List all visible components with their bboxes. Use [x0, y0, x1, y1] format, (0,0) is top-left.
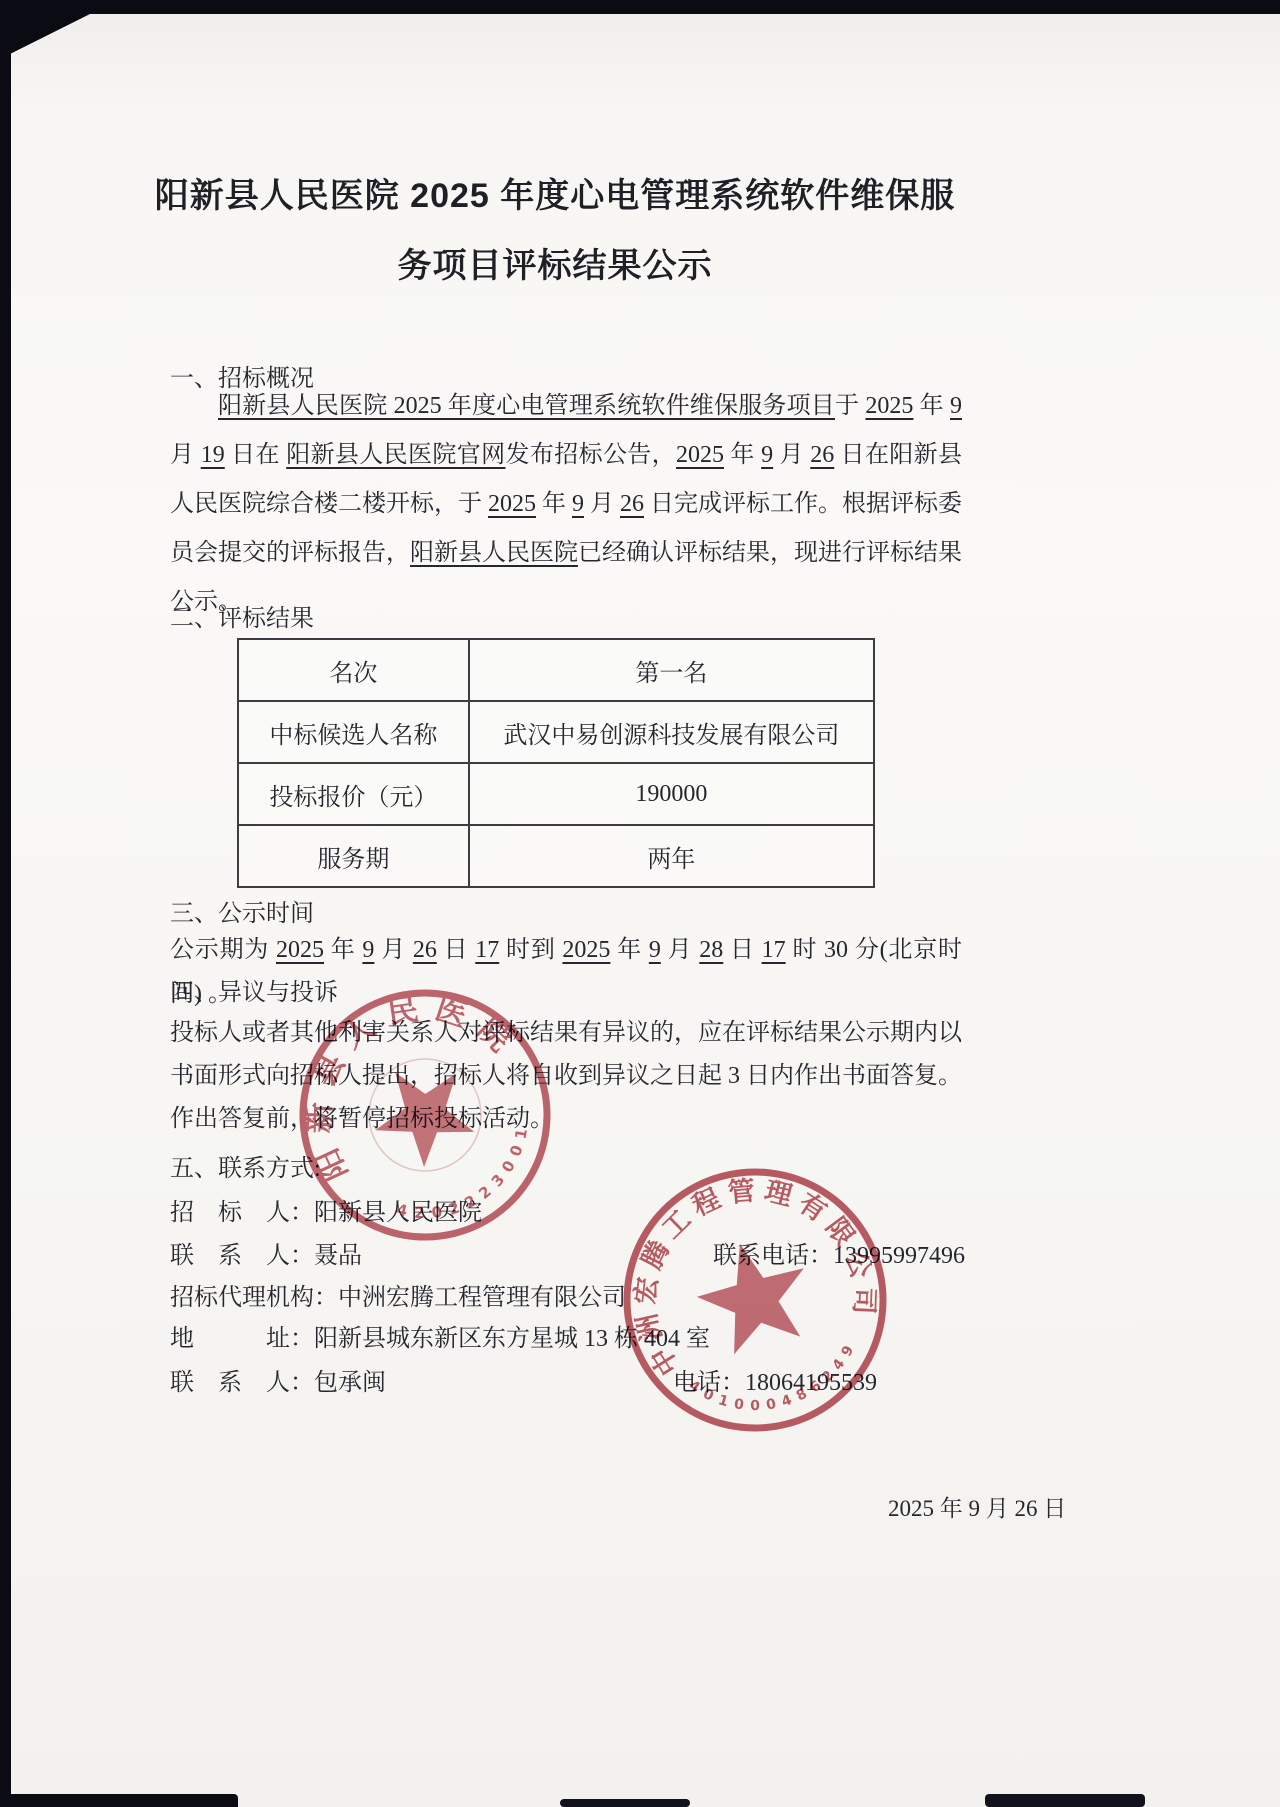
- row-label-price: 投标报价（元）: [238, 763, 469, 825]
- evaluation-result-table: 名次 第一名 中标候选人名称 武汉中易创源科技发展有限公司 投标报价（元） 19…: [237, 638, 875, 888]
- scan-edge-bottom-left: [0, 1794, 238, 1807]
- contact-label: 地 址：: [170, 1326, 314, 1352]
- document-title-line1: 阳新县人民医院 2025 年度心电管理系统软件维保服: [150, 168, 960, 217]
- row-label-term: 服务期: [238, 825, 469, 887]
- row-label-rank: 名次: [238, 639, 469, 701]
- scan-smudge: [560, 1799, 690, 1807]
- table-row: 名次 第一名: [238, 639, 874, 701]
- scanned-document-page: 阳新县人民医院 2025 年度心电管理系统软件维保服 务项目评标结果公示 一、招…: [0, 0, 1280, 1807]
- row-label-candidate: 中标候选人名称: [238, 701, 469, 763]
- document-title-line2: 务项目评标结果公示: [150, 238, 960, 287]
- row-value-rank: 第一名: [469, 639, 874, 701]
- contact-label: 联 系 人：: [170, 1243, 314, 1269]
- seal-star-icon: [686, 1229, 820, 1359]
- section-heading-objection: 四、异议与投诉: [170, 972, 338, 1007]
- table-row: 投标报价（元） 190000: [238, 763, 874, 825]
- section-heading-publicity-period: 三、公示时间: [170, 893, 314, 928]
- section-heading-result: 二、评标结果: [170, 598, 314, 633]
- contact-value: 包承闽: [314, 1370, 386, 1396]
- scan-edge-top-left-wedge: [0, 13, 92, 59]
- row-value-term: 两年: [469, 825, 874, 887]
- seal-star-icon: [355, 1044, 490, 1178]
- scan-edge-top: [0, 0, 1280, 14]
- table-row: 服务期 两年: [238, 825, 874, 887]
- contact-label: 招 标 人：: [170, 1200, 314, 1226]
- document-date: 2025 年 9 月 26 日: [888, 1490, 1066, 1523]
- row-value-price: 190000: [469, 763, 874, 825]
- scan-edge-left: [0, 0, 11, 1797]
- tender-overview-paragraph: 阳新县人民医院 2025 年度心电管理系统软件维保服务项目于 2025 年 9 …: [170, 382, 962, 627]
- agency-seal-stamp: 中洲宏腾工程管理有限公司 401000486249: [571, 1116, 938, 1483]
- contact-label: 招标代理机构：: [170, 1285, 338, 1311]
- scan-smudge: [985, 1794, 1145, 1807]
- table-row: 中标候选人名称 武汉中易创源科技发展有限公司: [238, 701, 874, 763]
- row-value-candidate: 武汉中易创源科技发展有限公司: [469, 701, 874, 763]
- contact-label: 联 系 人：: [170, 1370, 314, 1396]
